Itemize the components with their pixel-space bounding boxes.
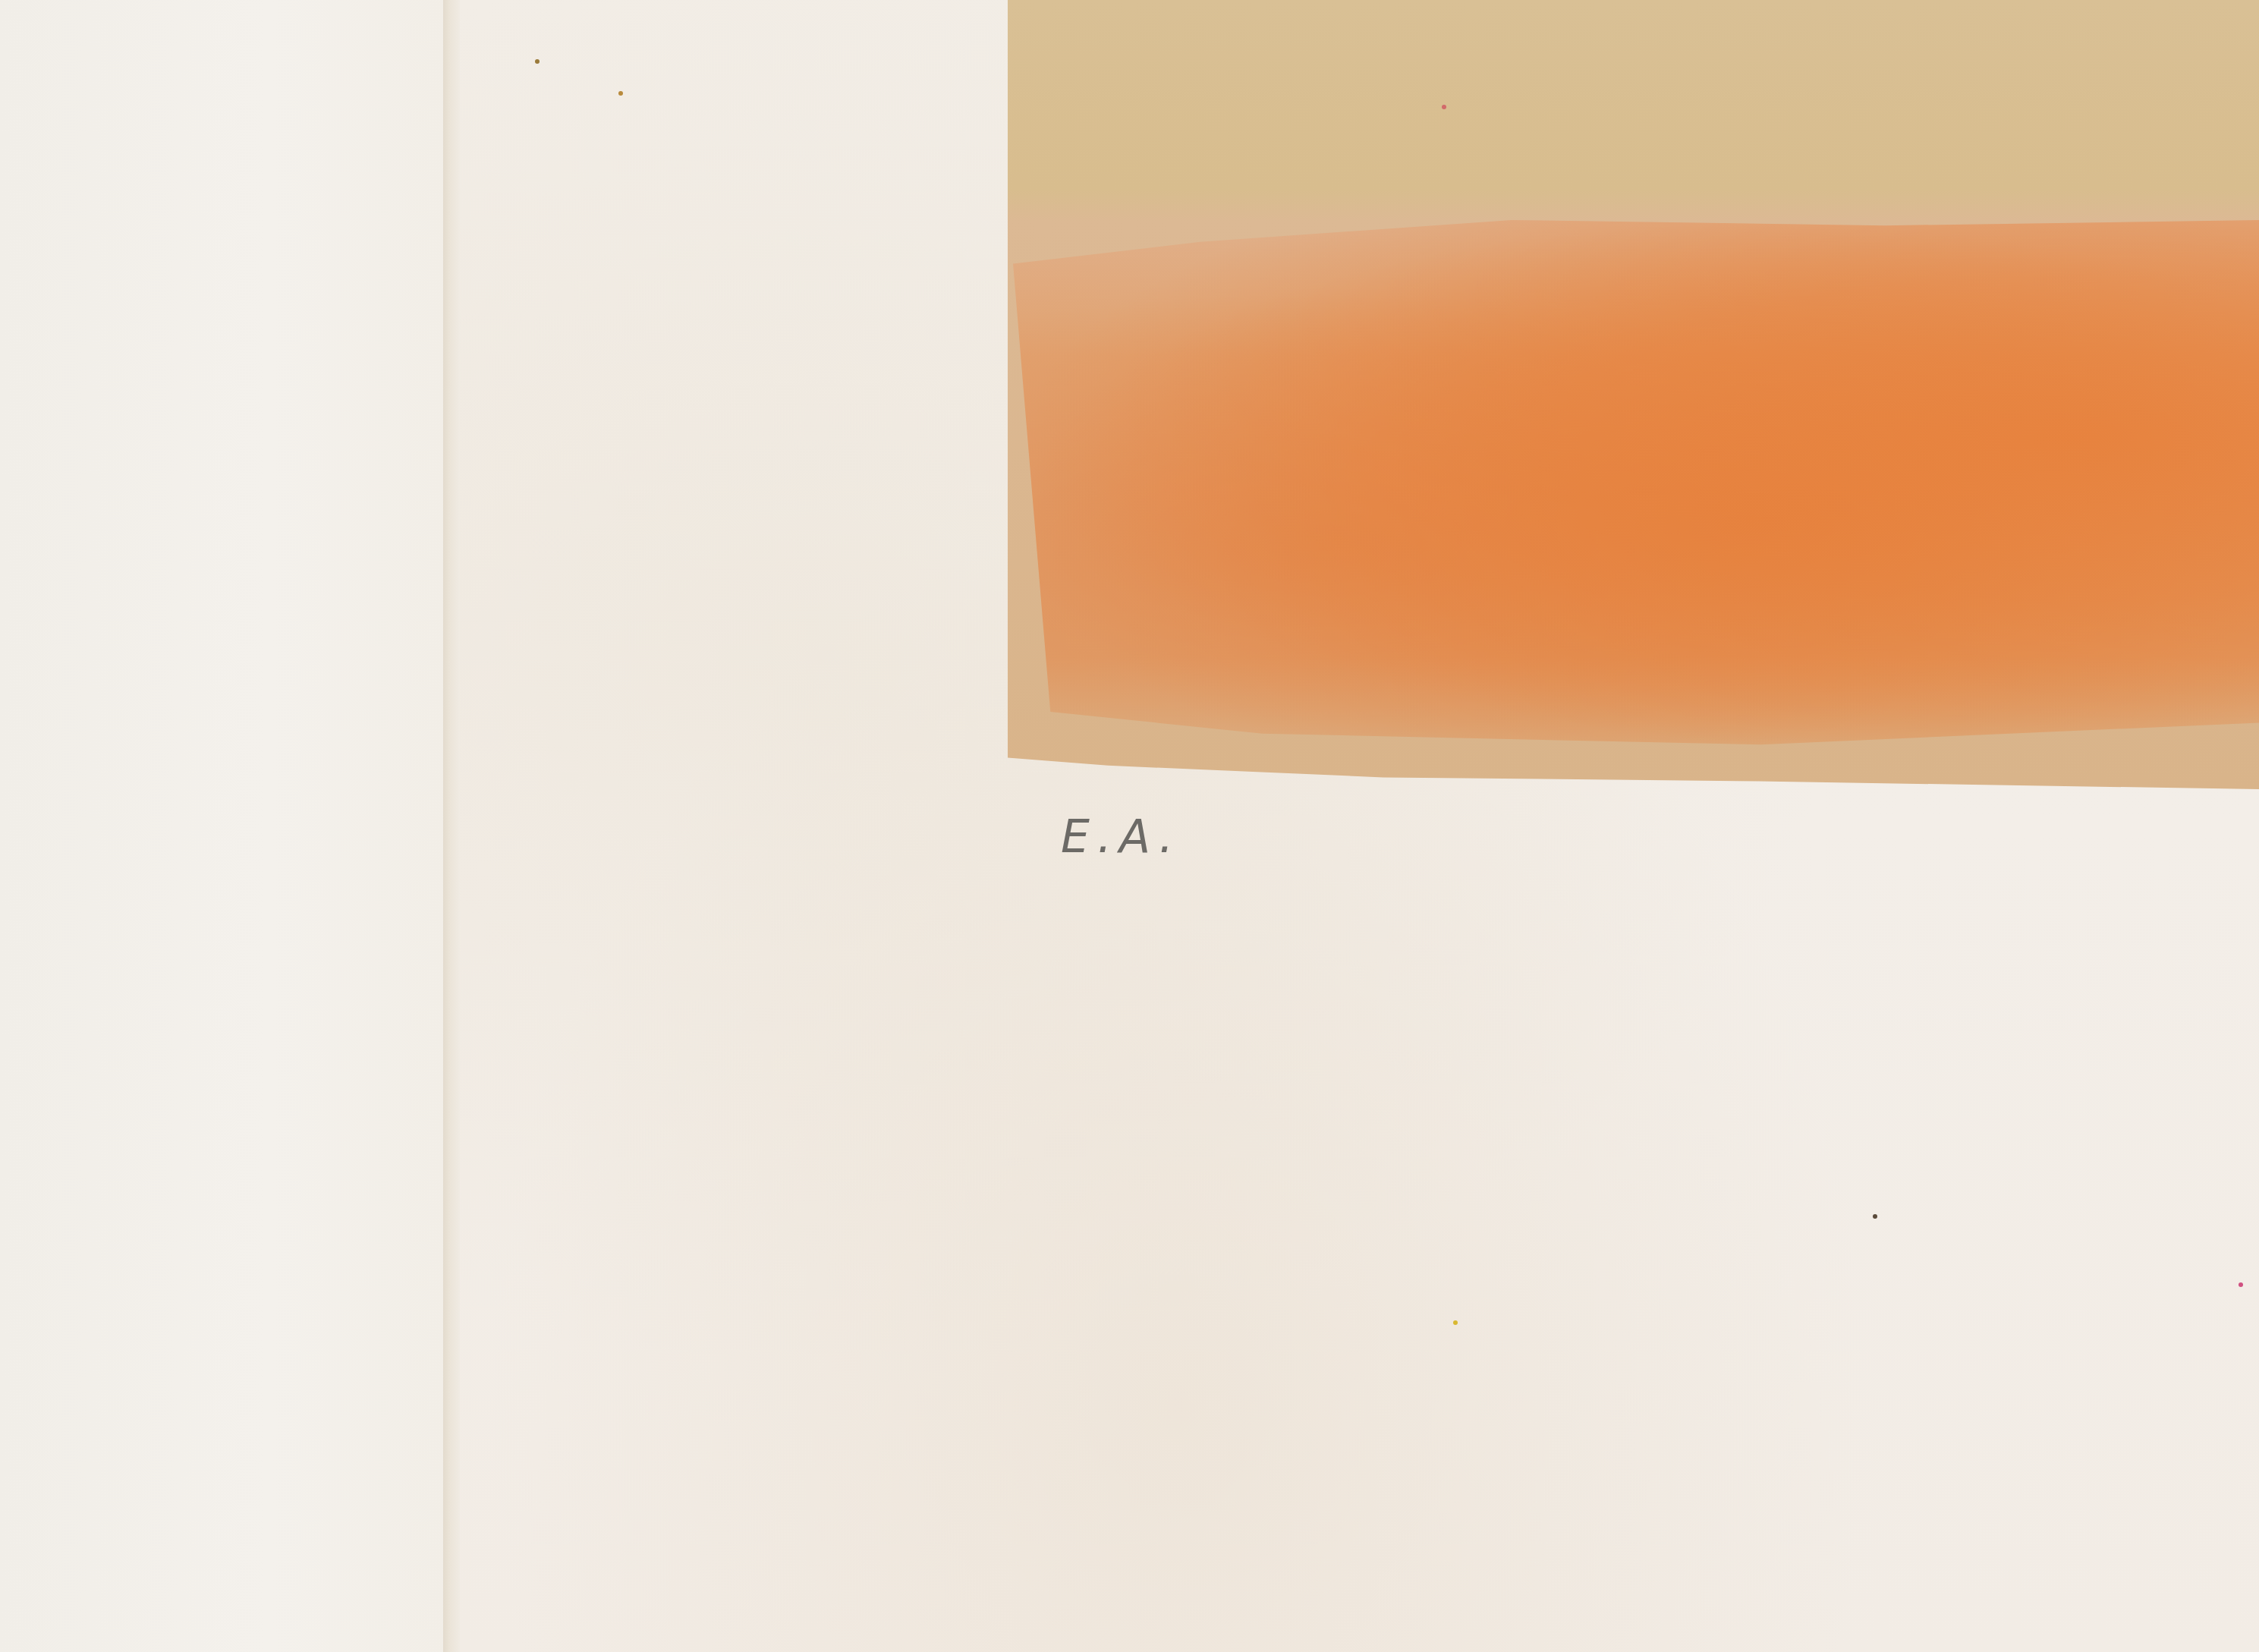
paper-speck — [618, 91, 623, 96]
paper-speck — [2239, 1282, 2243, 1287]
paper-speck — [535, 59, 540, 64]
orange-crayon-band — [1013, 220, 2259, 766]
paper-speck — [1442, 105, 1446, 109]
paper-speck — [1453, 1320, 1458, 1325]
frame-mat — [0, 0, 446, 1652]
paper-speck — [1873, 1214, 1877, 1219]
mat-bevel-edge — [443, 0, 460, 1652]
artist-proof-inscription: E.A. — [1061, 810, 1181, 864]
